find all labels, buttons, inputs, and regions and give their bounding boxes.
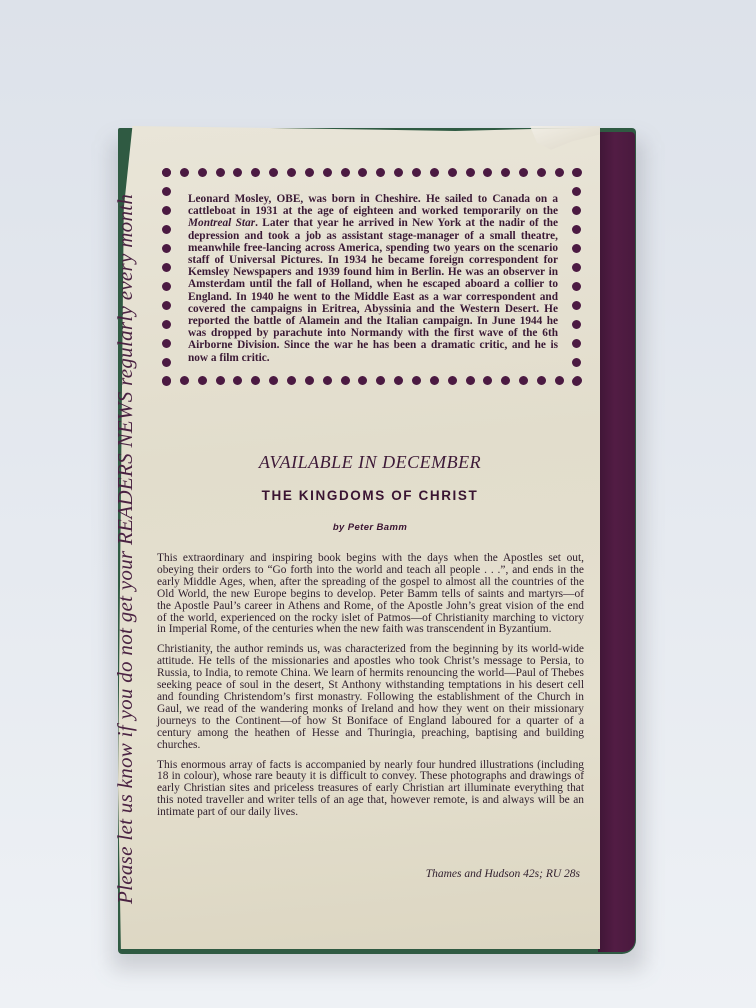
dot-col-left	[162, 168, 172, 386]
dot-col-right	[572, 168, 582, 386]
side-notice: Please let us know if you do not get you…	[112, 124, 138, 904]
description-paragraph-1: This extraordinary and inspiring book be…	[157, 553, 584, 636]
description-paragraph-2: Christianity, the author reminds us, was…	[157, 644, 584, 751]
book-description: This extraordinary and inspiring book be…	[157, 553, 584, 827]
publisher-price: Thames and Hudson 42s; RU 28s	[300, 868, 580, 880]
bio-text-start: Leonard Mosley, OBE, was born in Cheshir…	[188, 193, 558, 217]
book-title: THE KINGDOMS OF CHRIST	[160, 488, 580, 503]
dot-row-top	[162, 168, 582, 178]
announcement-heading: AVAILABLE IN DECEMBER	[160, 452, 580, 473]
description-paragraph-3: This enormous array of facts is accompan…	[157, 760, 584, 820]
spine-band	[598, 132, 635, 952]
dot-row-bottom	[162, 376, 582, 386]
bio-text-rest: . Later that year he arrived in New York…	[188, 217, 558, 363]
author-bio: Leonard Mosley, OBE, was born in Cheshir…	[188, 193, 558, 364]
bio-newspaper-title: Montreal Star	[188, 217, 255, 229]
author-byline: by Peter Bamm	[160, 522, 580, 533]
